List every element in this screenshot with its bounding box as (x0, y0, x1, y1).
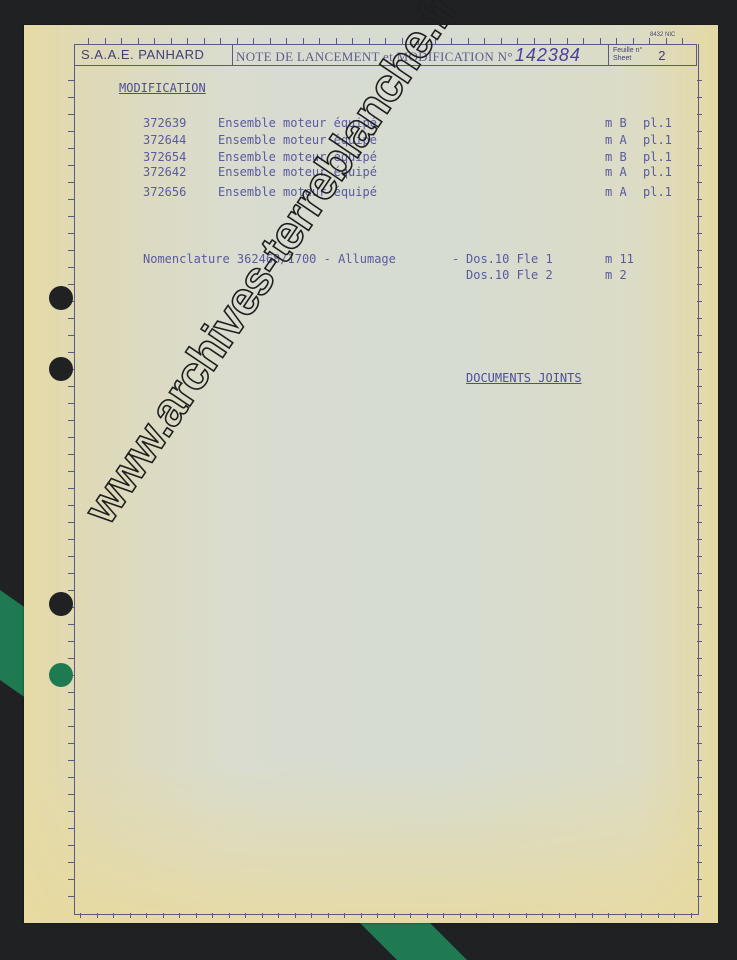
ruler-tick (697, 369, 702, 370)
ruler-tick (68, 692, 74, 693)
ruler-tick (68, 318, 74, 319)
ruler-tick (113, 913, 114, 918)
ruler-tick (68, 845, 74, 846)
ruler-tick (697, 675, 702, 676)
ruler-tick (68, 284, 74, 285)
sheet-label-fr: Feuille n° (613, 47, 642, 55)
part-number: 372642 (143, 165, 186, 179)
ruler-tick (697, 335, 702, 336)
ruler-tick (68, 165, 74, 166)
ruler-tick (697, 573, 702, 574)
ruler-tick (697, 794, 702, 795)
dossier-mark: m 11 (605, 252, 634, 266)
ruler-tick (68, 471, 74, 472)
ruler-tick (697, 811, 702, 812)
ruler-tick (460, 913, 461, 918)
ruler-tick (68, 777, 74, 778)
ruler-tick (68, 556, 74, 557)
plate-reference: pl.1 (643, 185, 672, 199)
ruler-tick (146, 913, 147, 918)
ruler-tick (697, 131, 702, 132)
ruler-tick (559, 913, 560, 918)
ruler-tick (68, 794, 74, 795)
ruler-tick (697, 403, 702, 404)
ruler-tick (97, 913, 98, 918)
ruler-tick (68, 573, 74, 574)
ruler-tick (68, 760, 74, 761)
sheet-number: 2 (658, 48, 665, 63)
ruler-tick (68, 80, 74, 81)
ruler-tick (697, 743, 702, 744)
ruler-tick (575, 913, 576, 918)
ruler-tick (697, 539, 702, 540)
punch-hole (49, 592, 73, 616)
ruler-tick (68, 148, 74, 149)
ruler-tick (697, 97, 702, 98)
ruler-tick (641, 913, 642, 918)
ruler-tick (697, 318, 702, 319)
ruler-tick (509, 913, 510, 918)
ruler-tick (245, 913, 246, 918)
ruler-tick (697, 624, 702, 625)
ruler-tick (592, 913, 593, 918)
ruler-tick (697, 845, 702, 846)
ruler-tick (68, 97, 74, 98)
ruler-tick (697, 114, 702, 115)
ruler-tick (196, 913, 197, 918)
ruler-tick (697, 777, 702, 778)
ruler-tick (697, 879, 702, 880)
modification-mark: m A (605, 165, 627, 179)
ruler-tick (68, 811, 74, 812)
modification-mark: m B (605, 150, 627, 164)
ruler-tick (394, 913, 395, 918)
ruler-tick (697, 284, 702, 285)
ruler-tick (625, 913, 626, 918)
ruler-tick (68, 896, 74, 897)
ruler-tick (130, 913, 131, 918)
ruler-tick (697, 386, 702, 387)
ruler-tick (697, 641, 702, 642)
ruler-tick (68, 420, 74, 421)
ruler-tick (68, 726, 74, 727)
ruler-tick (697, 556, 702, 557)
part-number: 372654 (143, 150, 186, 164)
ruler-tick (697, 199, 702, 200)
ruler-tick (295, 913, 296, 918)
ruler-tick (344, 913, 345, 918)
punch-hole (49, 286, 73, 310)
ruler-tick (68, 658, 74, 659)
reference-code: 8432 NIC (650, 32, 675, 38)
ruler-tick (68, 879, 74, 880)
ruler-tick (361, 913, 362, 918)
ruler-tick (68, 862, 74, 863)
ruler-tick (68, 182, 74, 183)
ruler-tick (443, 913, 444, 918)
nomenclature-dash: - (452, 252, 459, 266)
ruler-tick (68, 437, 74, 438)
ruler-tick (697, 828, 702, 829)
dossier-reference: Dos.10 Fle 1 (466, 252, 553, 266)
ruler-tick (68, 641, 74, 642)
documents-heading: DOCUMENTS JOINTS (466, 371, 582, 385)
ruler-tick (526, 913, 527, 918)
ruler-tick (658, 913, 659, 918)
ruler-tick (697, 862, 702, 863)
ruler-tick (697, 216, 702, 217)
ruler-tick (68, 709, 74, 710)
ruler-tick (697, 760, 702, 761)
sheet-label-en: Sheet (613, 55, 642, 63)
ruler-tick (68, 624, 74, 625)
ruler-tick (377, 913, 378, 918)
modification-mark: m A (605, 185, 627, 199)
ruler-tick (691, 913, 692, 918)
ruler-tick (328, 913, 329, 918)
ruler-tick (80, 913, 81, 918)
company-name: S.A.A.E. PANHARD (75, 45, 233, 65)
ruler-tick (608, 913, 609, 918)
ruler-tick (278, 913, 279, 918)
ruler-tick (68, 131, 74, 132)
ruler-tick (68, 114, 74, 115)
ruler-tick (697, 420, 702, 421)
ruler-tick (68, 199, 74, 200)
ruler-tick (697, 658, 702, 659)
ruler-tick (68, 522, 74, 523)
plate-reference: pl.1 (643, 116, 672, 130)
ruler-tick (68, 505, 74, 506)
ruler-tick (68, 216, 74, 217)
ruler-tick (697, 522, 702, 523)
ruler-tick (697, 454, 702, 455)
ruler-tick (311, 913, 312, 918)
ruler-tick (697, 437, 702, 438)
ruler-tick (68, 233, 74, 234)
ruler-tick (179, 913, 180, 918)
background-stripe-bottom (360, 923, 470, 960)
ruler-tick (68, 743, 74, 744)
ruler-tick (697, 709, 702, 710)
ruler-tick (697, 267, 702, 268)
ruler-tick (68, 488, 74, 489)
ruler-tick (697, 233, 702, 234)
sheet-box: Feuille n° Sheet 2 (608, 45, 696, 65)
ruler-tick (68, 539, 74, 540)
ruler-tick (697, 182, 702, 183)
ruler-tick (68, 352, 74, 353)
ruler-tick (427, 913, 428, 918)
ruler-tick (697, 148, 702, 149)
plate-reference: pl.1 (643, 150, 672, 164)
ruler-tick (68, 828, 74, 829)
plate-reference: pl.1 (643, 165, 672, 179)
ruler-tick (68, 590, 74, 591)
part-number: 372656 (143, 185, 186, 199)
ruler-tick (697, 301, 702, 302)
ruler-tick (68, 403, 74, 404)
ruler-tick (68, 250, 74, 251)
dossier-mark: m 2 (605, 268, 627, 282)
modification-mark: m A (605, 133, 627, 147)
dossier-reference: Dos.10 Fle 2 (466, 268, 553, 282)
modification-heading: MODIFICATION (119, 81, 206, 95)
part-number: 372644 (143, 133, 186, 147)
ruler-tick (212, 913, 213, 918)
ruler-tick (697, 80, 702, 81)
part-number: 372639 (143, 116, 186, 130)
punch-hole (49, 663, 73, 687)
ruler-tick (262, 913, 263, 918)
modification-mark: m B (605, 116, 627, 130)
ruler-tick (697, 505, 702, 506)
ruler-tick (542, 913, 543, 918)
sheet-label: Feuille n° Sheet (613, 47, 642, 63)
ruler-tick (697, 692, 702, 693)
ruler-tick (697, 352, 702, 353)
ruler-tick (674, 913, 675, 918)
note-number: 142384 (515, 45, 581, 65)
ruler-tick (229, 913, 230, 918)
ruler-tick (68, 267, 74, 268)
ruler-tick (697, 488, 702, 489)
ruler-tick (697, 471, 702, 472)
ruler-tick (697, 590, 702, 591)
ruler-tick (68, 335, 74, 336)
ruler-tick (697, 896, 702, 897)
ruler-tick (68, 454, 74, 455)
ruler-tick (476, 913, 477, 918)
ruler-tick (68, 386, 74, 387)
ruler-tick (697, 726, 702, 727)
ruler-tick (697, 250, 702, 251)
plate-reference: pl.1 (643, 133, 672, 147)
ruler-tick (697, 165, 702, 166)
ruler-tick (410, 913, 411, 918)
ruler-tick (163, 913, 164, 918)
punch-hole (49, 357, 73, 381)
ruler-tick (697, 607, 702, 608)
ruler-tick (493, 913, 494, 918)
